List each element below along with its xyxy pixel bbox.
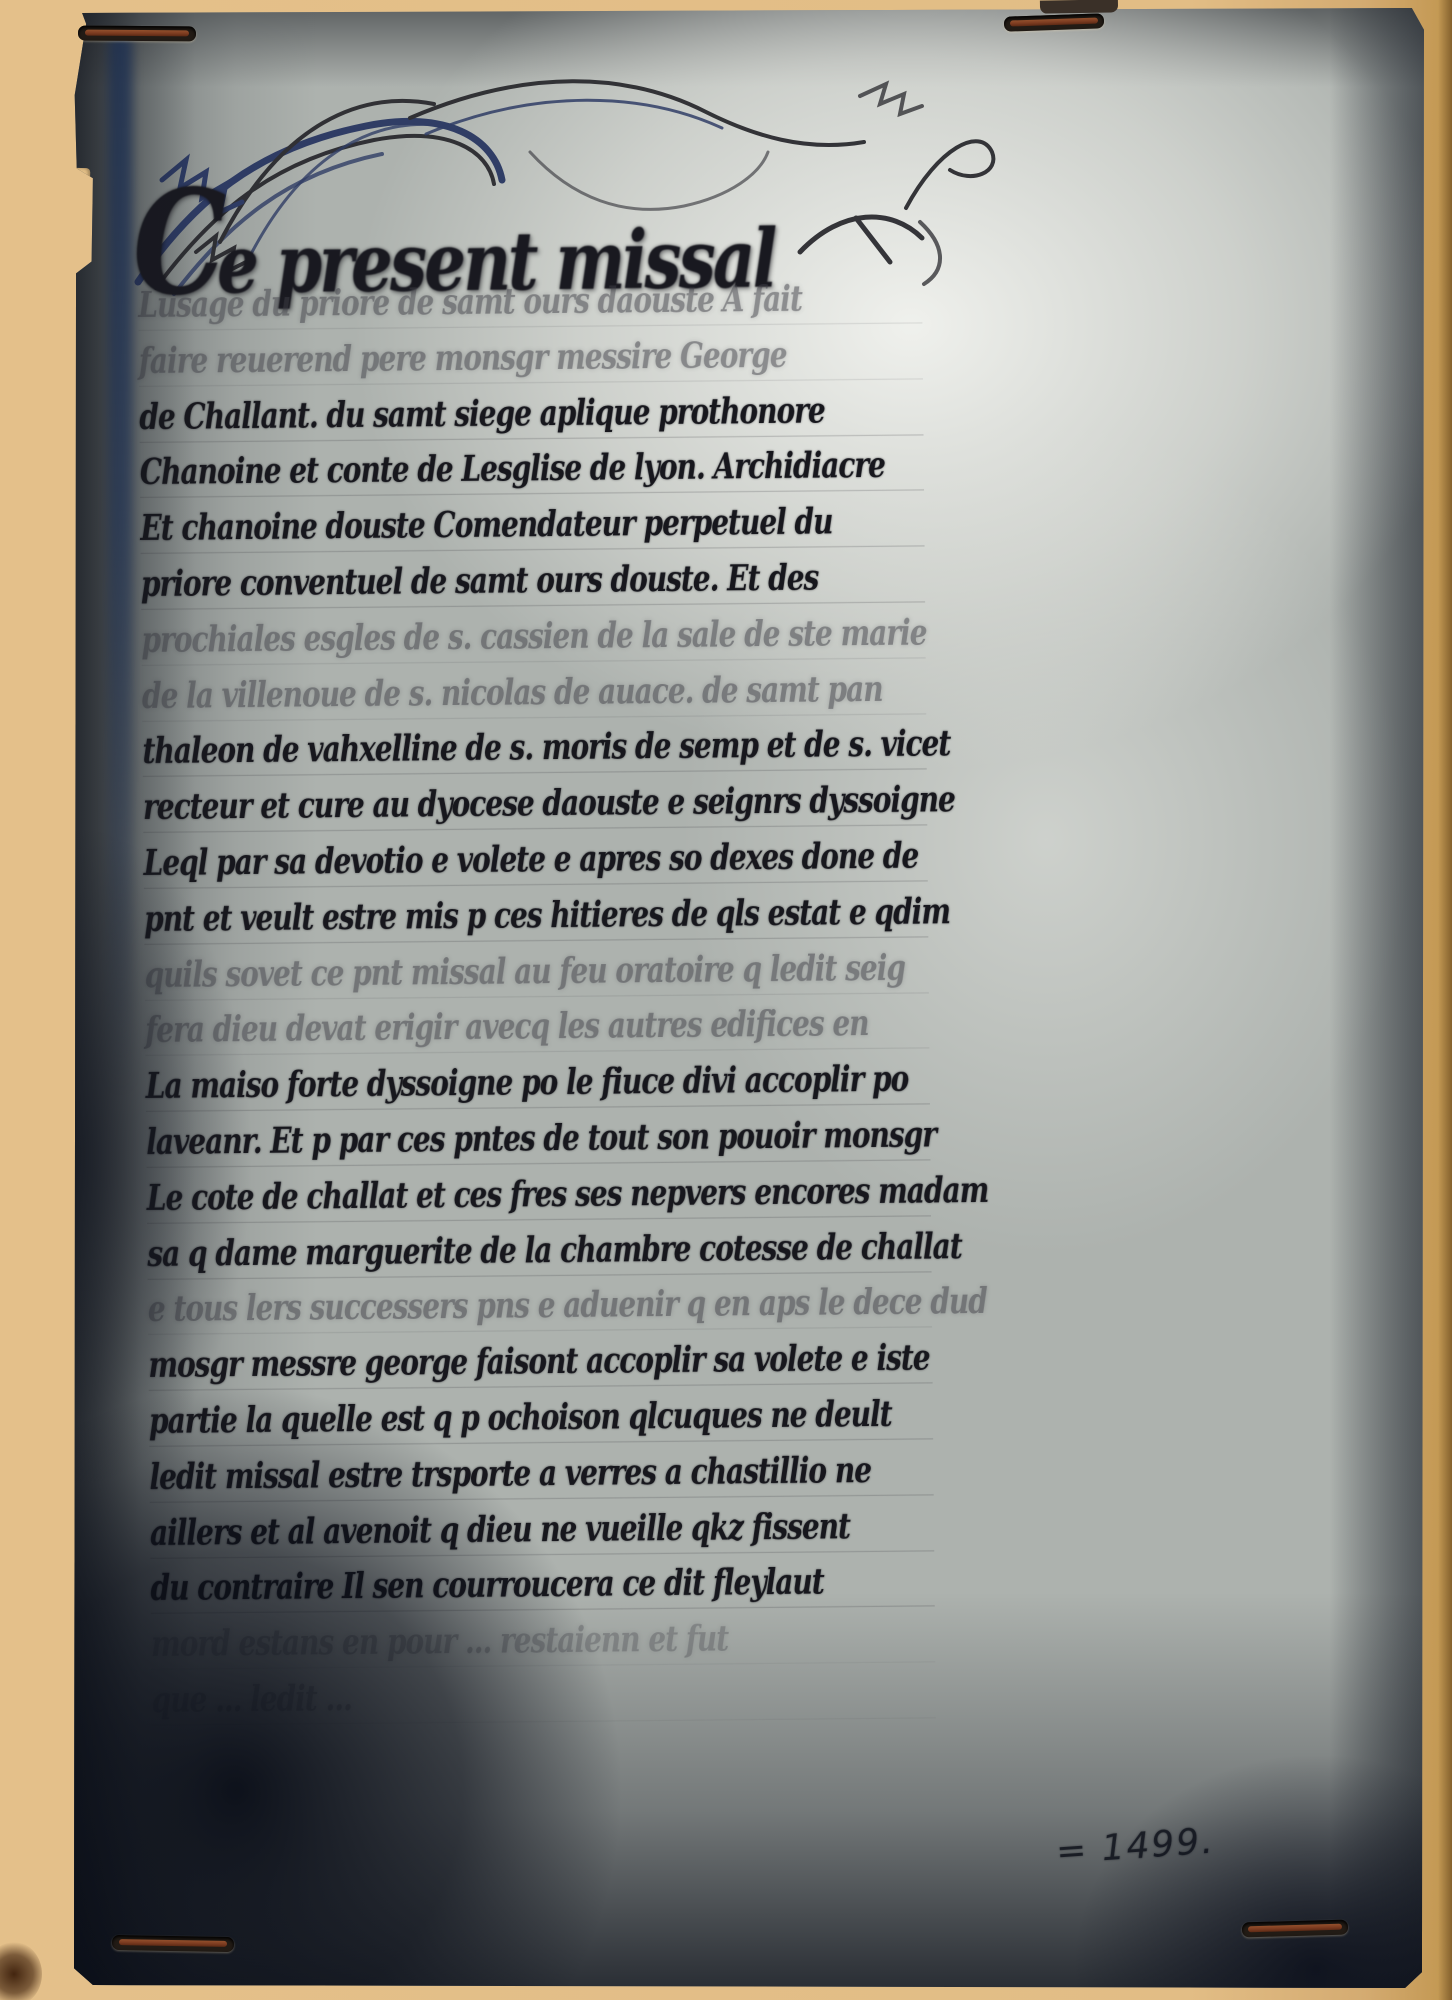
mount-rod [1248, 1924, 1341, 1933]
album-page: Ce present missal Lusage du priore de sa… [0, 0, 1452, 2000]
mount-rod [119, 1939, 226, 1947]
mount-slit-bottom-right [1242, 1920, 1348, 1938]
paper-slit-mark [1040, 0, 1118, 14]
mount-rod [85, 30, 189, 37]
photograph: Ce present missal Lusage du priore de sa… [74, 8, 1424, 1988]
mount-slit-bottom-left [112, 1935, 234, 1952]
mount-rod [1010, 17, 1098, 26]
manuscript-line: que ... ledit ... [151, 1659, 952, 1738]
album-stain [0, 1942, 42, 2000]
torn-edge-notch [74, 168, 90, 266]
date-inscription: = 1499. [1055, 1821, 1216, 1873]
mount-slit-top-left [78, 26, 196, 42]
album-edge-shadow [1438, 0, 1452, 2000]
manuscript-text-block: Lusage du priore de samt ours daouste A … [138, 272, 952, 1730]
